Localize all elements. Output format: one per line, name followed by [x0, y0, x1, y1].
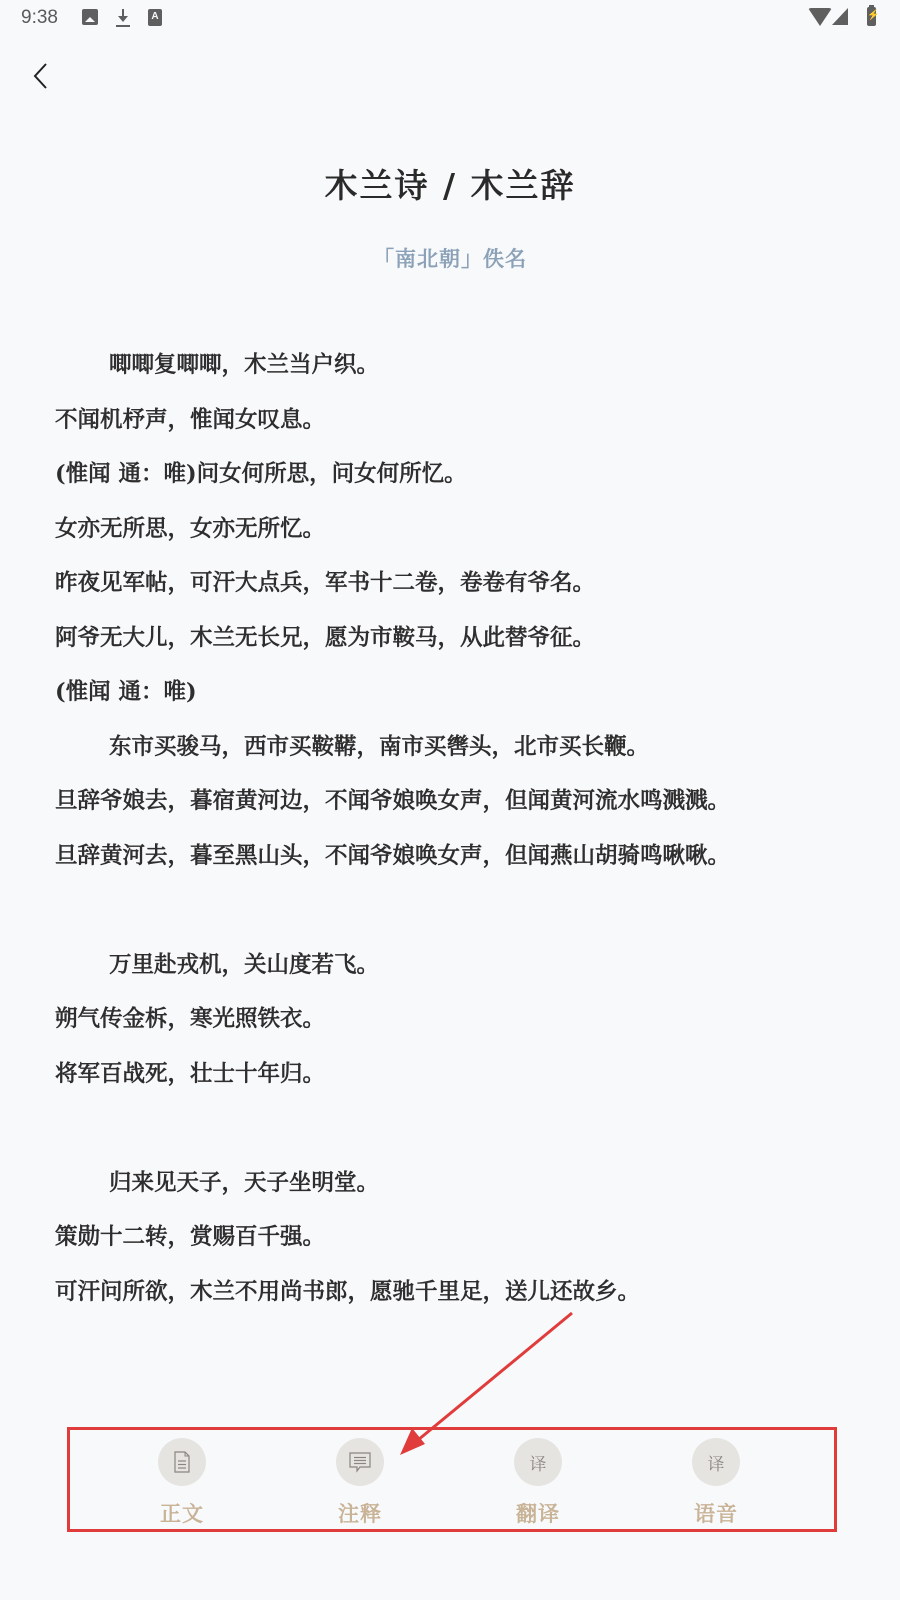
- tab-icon-circle: [158, 1438, 206, 1486]
- comment-icon: [348, 1451, 372, 1473]
- tab-label: 正文: [137, 1498, 227, 1528]
- poem-body: 唧唧复唧唧，木兰当户织。不闻机杼声，惟闻女叹息。(惟闻 通：唯)问女何所思，问女…: [55, 338, 815, 1319]
- blank-line: [55, 1101, 815, 1156]
- tab-icon-circle: 译: [692, 1438, 740, 1486]
- poem-line: 旦辞黄河去，暮至黑山头，不闻爷娘唤女声，但闻燕山胡骑鸣啾啾。: [55, 829, 815, 884]
- battery-charging-icon: [867, 7, 876, 26]
- poem-line: 昨夜见军帖，可汗大点兵，军书十二卷，卷卷有爷名。: [55, 556, 815, 611]
- poem-line: 女亦无所思，女亦无所忆。: [55, 502, 815, 557]
- poem-line: 朔气传金柝，寒光照铁衣。: [55, 992, 815, 1047]
- poem-line: (惟闻 通：唯)问女何所思，问女何所忆。: [55, 447, 815, 502]
- poem-line: 策勋十二转，赏赐百千强。: [55, 1210, 815, 1265]
- poem-line: 唧唧复唧唧，木兰当户织。: [55, 338, 815, 393]
- back-button[interactable]: [26, 58, 56, 94]
- translate-icon: 译: [530, 1450, 547, 1475]
- poem-line: 不闻机杼声，惟闻女叹息。: [55, 393, 815, 448]
- signal-icon: [832, 8, 848, 25]
- tab-icon-circle: 译: [514, 1438, 562, 1486]
- tab-audio[interactable]: 译 语音: [671, 1430, 761, 1530]
- tab-main-text[interactable]: 正文: [137, 1430, 227, 1530]
- tab-label: 注释: [315, 1498, 405, 1528]
- poem-line: 可汗问所欲，木兰不用尚书郎，愿驰千里足，送儿还故乡。: [55, 1265, 815, 1320]
- poem-line: 将军百战死，壮士十年归。: [55, 1047, 815, 1102]
- chevron-left-icon: [26, 58, 56, 94]
- poem-line: 阿爷无大儿，木兰无长兄，愿为市鞍马，从此替爷征。: [55, 611, 815, 666]
- tab-label: 语音: [671, 1498, 761, 1528]
- poem-line: 万里赴戎机，关山度若飞。: [55, 938, 815, 993]
- poem-line: 归来见天子，天子坐明堂。: [55, 1156, 815, 1211]
- poem-author: 「南北朝」佚名: [0, 243, 900, 273]
- download-icon: [115, 9, 131, 27]
- tab-translation[interactable]: 译 翻译: [493, 1430, 583, 1530]
- tab-annotation[interactable]: 注释: [315, 1430, 405, 1530]
- poem-line: 旦辞爷娘去，暮宿黄河边，不闻爷娘唤女声，但闻黄河流水鸣溅溅。: [55, 774, 815, 829]
- poem-title: 木兰诗 / 木兰辞: [0, 160, 900, 207]
- bottom-tab-bar: 正文 注释 译 翻译 译 语音: [70, 1430, 834, 1530]
- document-icon: [172, 1450, 192, 1474]
- status-time: 9:38: [21, 7, 58, 29]
- image-icon: [82, 9, 98, 25]
- tab-icon-circle: [336, 1438, 384, 1486]
- wifi-icon: [808, 8, 832, 26]
- poem-line: (惟闻 通：唯): [55, 665, 815, 720]
- tab-label: 翻译: [493, 1498, 583, 1528]
- status-bar: 9:38 A: [0, 0, 900, 36]
- poem-line: 东市买骏马，西市买鞍鞯，南市买辔头，北市买长鞭。: [55, 720, 815, 775]
- translate-icon: 译: [708, 1450, 725, 1475]
- text-a-icon: A: [148, 9, 162, 26]
- blank-line: [55, 883, 815, 938]
